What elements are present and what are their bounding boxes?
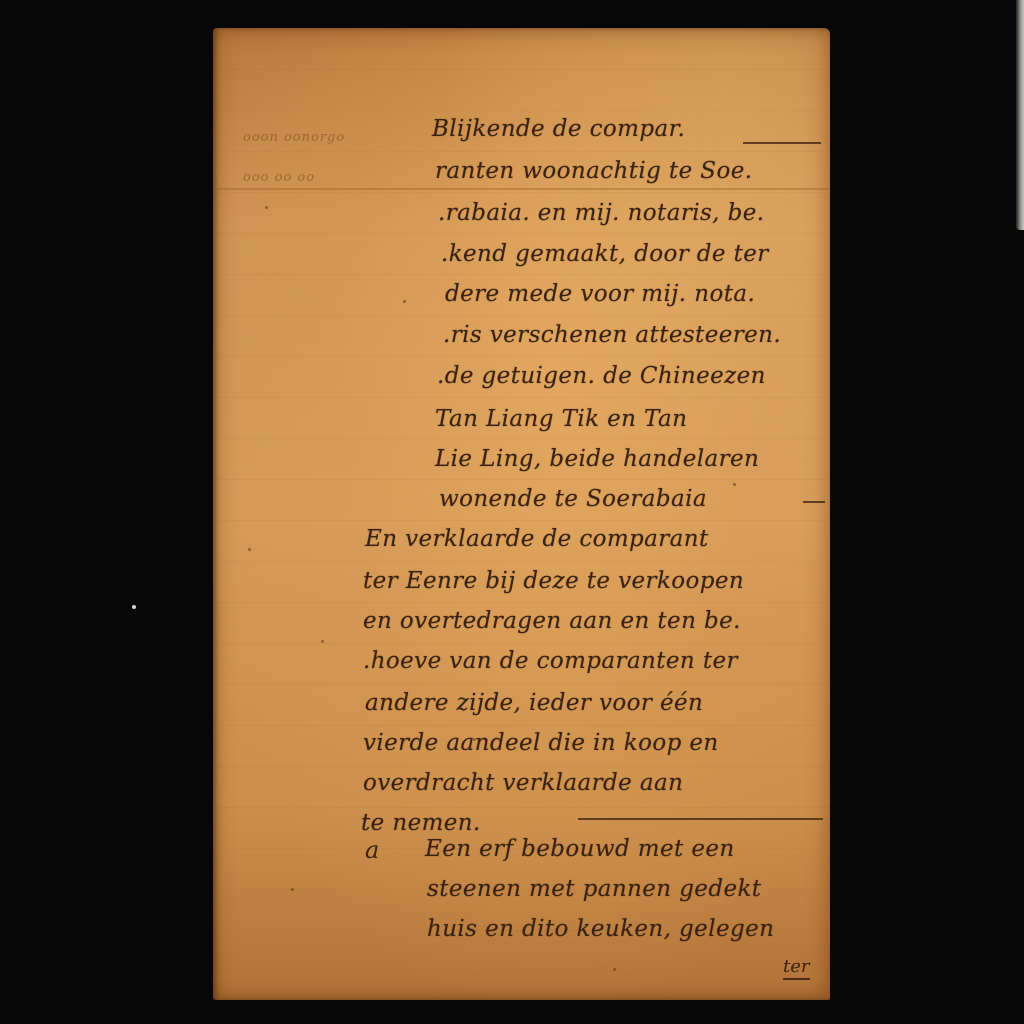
dust-speck [132,605,136,609]
line-filler-rule [803,501,825,503]
handwritten-line: huis en dito keuken, gelegen [427,916,774,942]
handwritten-line: Blijkende de compar. [432,116,685,142]
handwritten-line: en overtedragen aan en ten be. [363,608,741,634]
handwritten-line: .ris verschenen attesteeren. [443,322,781,348]
handwritten-line: Een erf bebouwd met een [425,836,735,862]
handwritten-line: steenen met pannen gedekt [427,876,761,902]
handwritten-line: overdracht verklaarde aan [363,770,683,796]
handwritten-line: Lie Ling, beide handelaren [435,446,759,472]
fold-line [213,188,830,190]
handwritten-line: wonende te Soerabaia [439,486,707,512]
line-filler-rule [743,142,821,144]
bleed-through-text-1: ooon oonorgo [243,130,345,145]
adjacent-object-edge [1016,0,1024,230]
handwritten-line: ter Eenre bij deze te verkoopen [363,568,744,594]
handwritten-line: En verklaarde de comparant [365,526,709,552]
catchword: ter [783,956,810,980]
handwritten-line: andere zijde, ieder voor één [365,690,703,716]
handwritten-line: .rabaia. en mij. notaris, be. [438,200,764,226]
handwritten-line: .de getuigen. de Chineezen [437,363,766,389]
handwritten-line: dere mede voor mij. nota. [445,281,755,307]
handwritten-line: .hoeve van de comparanten ter [363,648,738,674]
handwritten-line: te nemen. [361,810,481,836]
document-page: ooon oonorgo ooo oo oo Blijkende de comp… [213,28,830,1000]
handwritten-line: vierde aandeel die in koop en [363,730,719,756]
handwritten-line: Tan Liang Tik en Tan [435,406,687,432]
line-filler-rule [578,818,823,820]
bleed-through-text-2: ooo oo oo [243,170,315,185]
handwritten-line: ranten woonachtig te Soe. [435,158,752,184]
handwritten-line: .kend gemaakt, door de ter [441,241,769,267]
item-marker: a [365,836,379,864]
